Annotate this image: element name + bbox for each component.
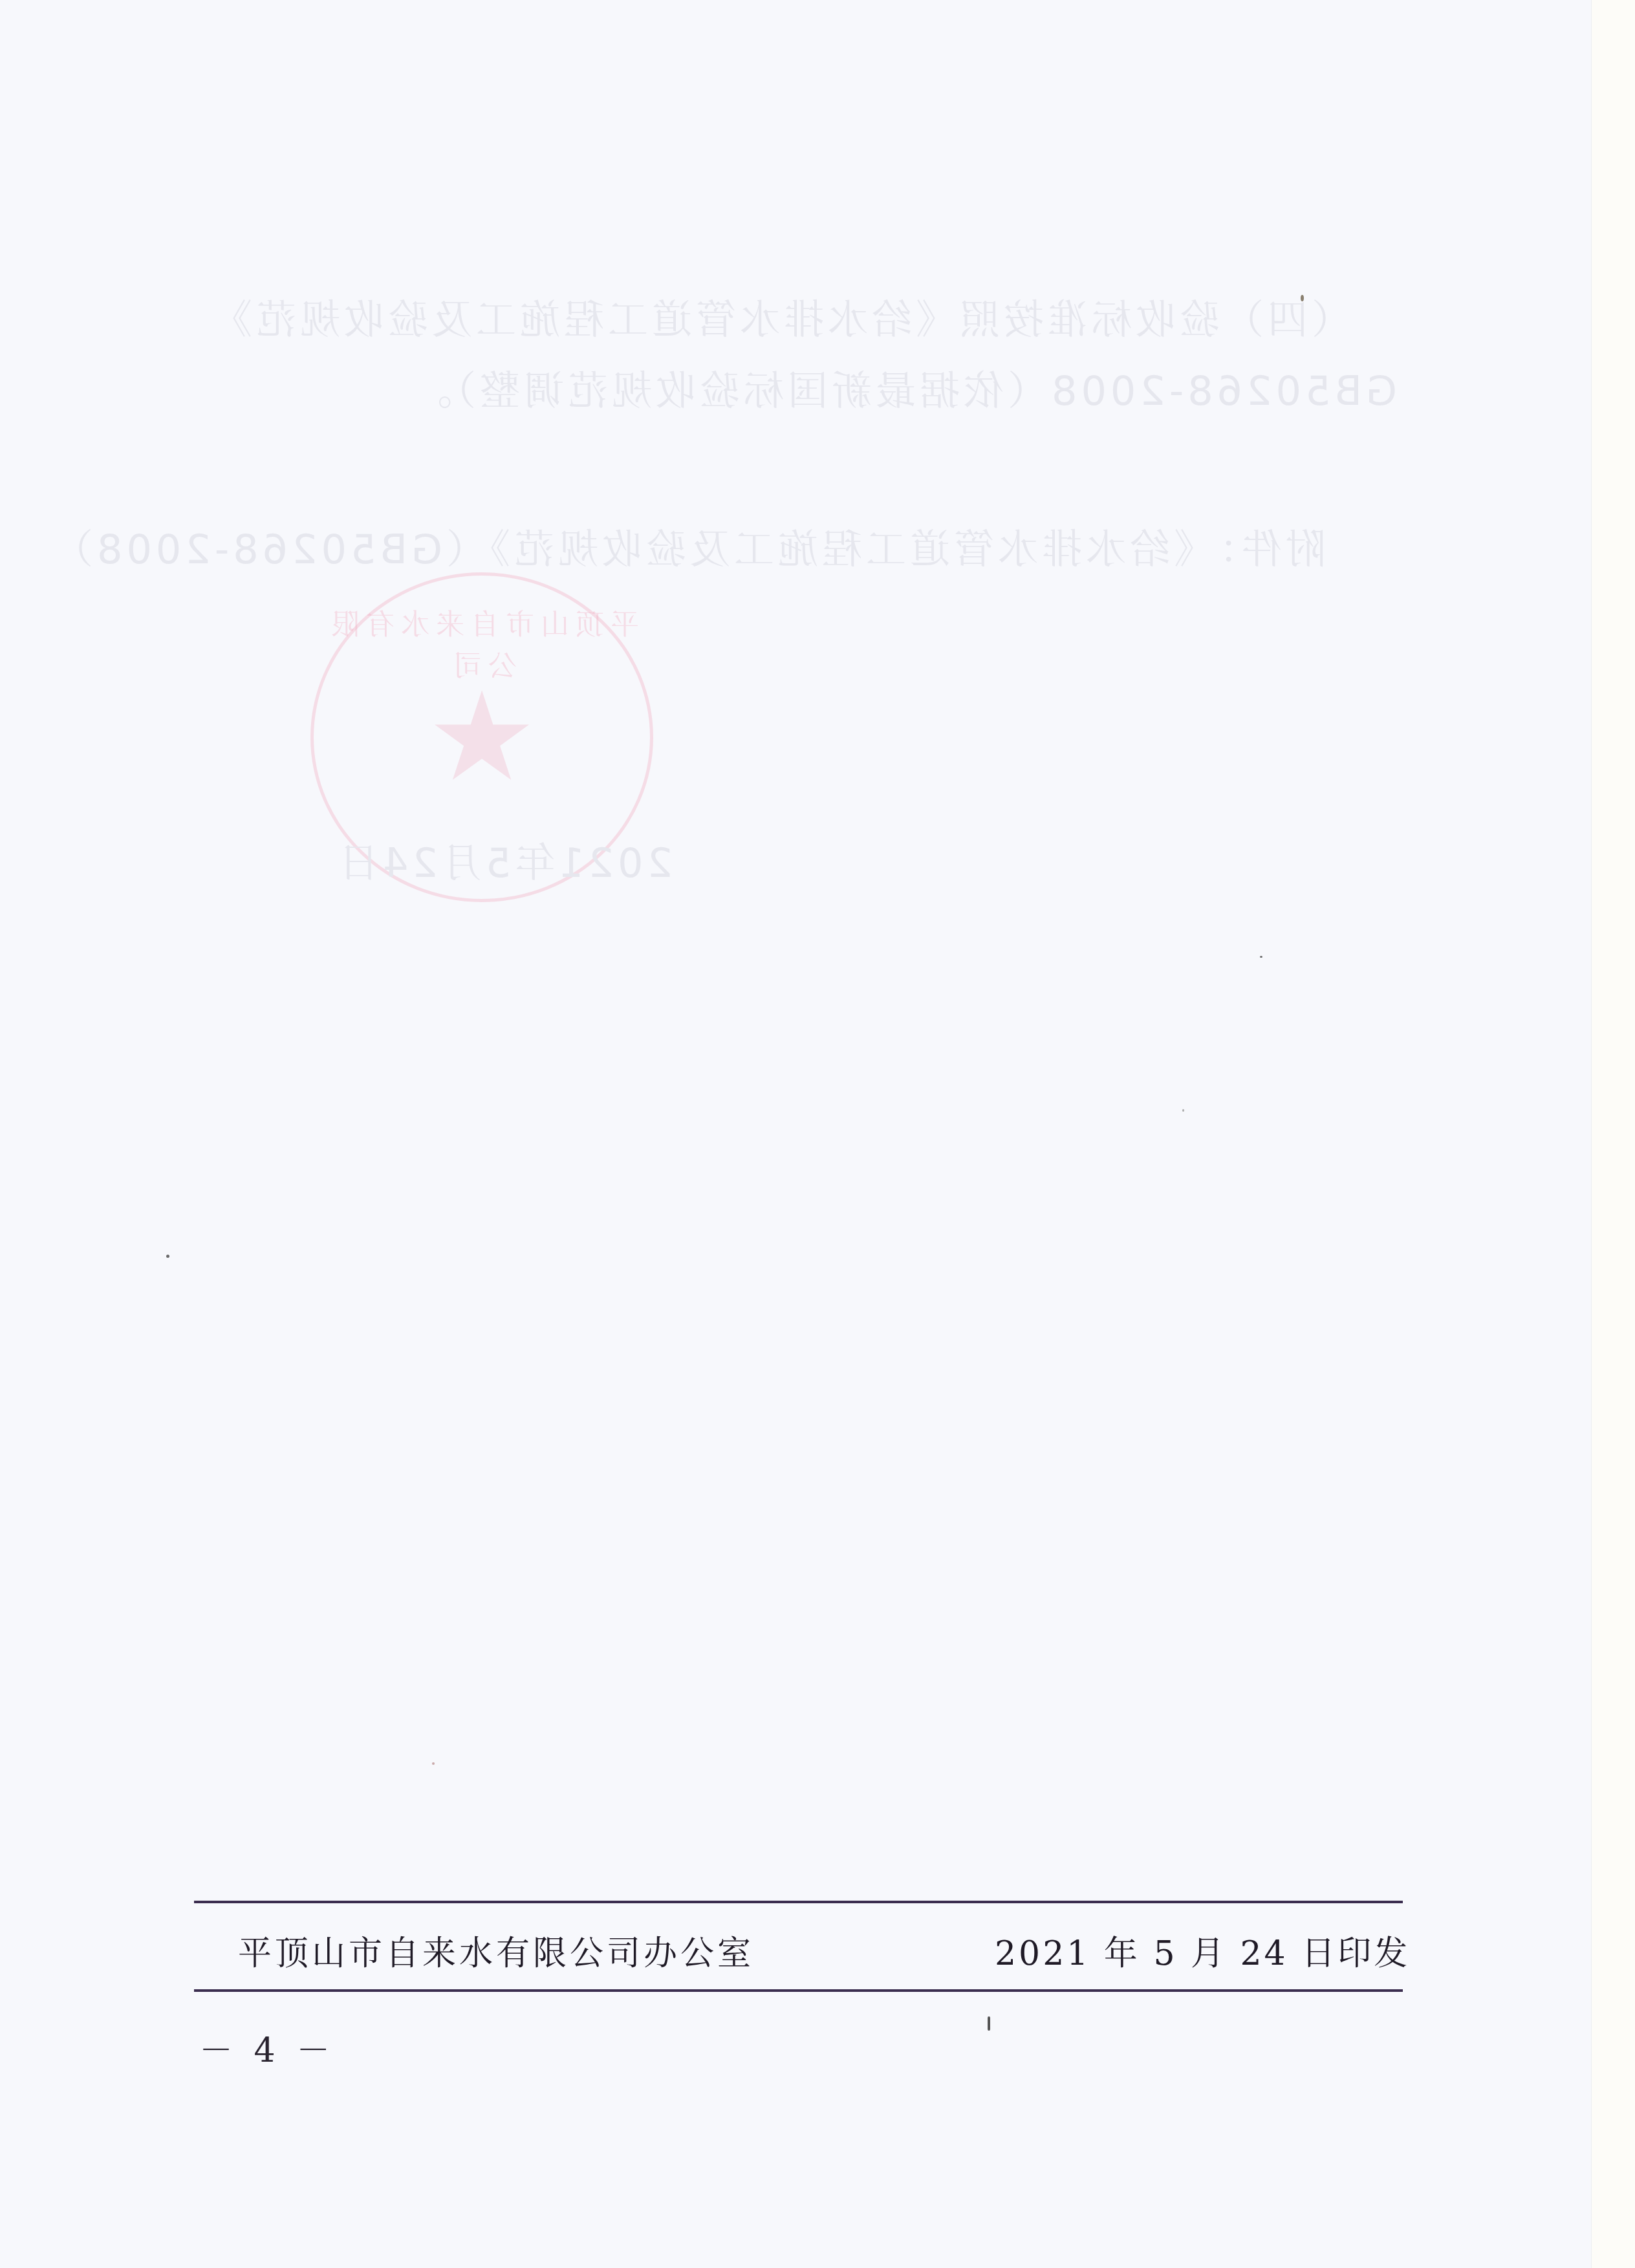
footer-rule-top xyxy=(194,1901,1403,1903)
issuing-office: 平顶山市自来水有限公司办公室 xyxy=(238,1926,754,1974)
scan-speck xyxy=(1182,1109,1184,1112)
bleed-through-date: 2021年5月24日 xyxy=(336,831,673,889)
bleed-through-attachment: 附件：《给水排水管道工程施工及验收规范》（GB50268-2008） xyxy=(175,517,1326,575)
scan-speck xyxy=(988,2016,990,2031)
document-page: （四）验收标准按照《给水排水管道工程施工及验收规范》 GB50268-2008（… xyxy=(0,0,1592,2268)
seal-star-icon: ★ xyxy=(427,676,537,799)
scan-speck xyxy=(166,1255,169,1258)
bleed-through-text-line-1: （四）验收标准按照《给水排水管道工程施工及验收规范》 xyxy=(168,288,1352,345)
scan-speck xyxy=(1260,956,1262,958)
page-number: － 4 － xyxy=(199,2023,335,2071)
scan-speck xyxy=(432,1762,435,1765)
footer-rule-bottom xyxy=(194,1989,1403,1992)
issue-date: 2021 年 5 月 24 日印发 xyxy=(995,1926,1410,1974)
scan-speck xyxy=(1301,295,1304,301)
bleed-through-text-line-2: GB50268-2008（依据最新国标验收规范调整）。 xyxy=(504,359,1397,416)
